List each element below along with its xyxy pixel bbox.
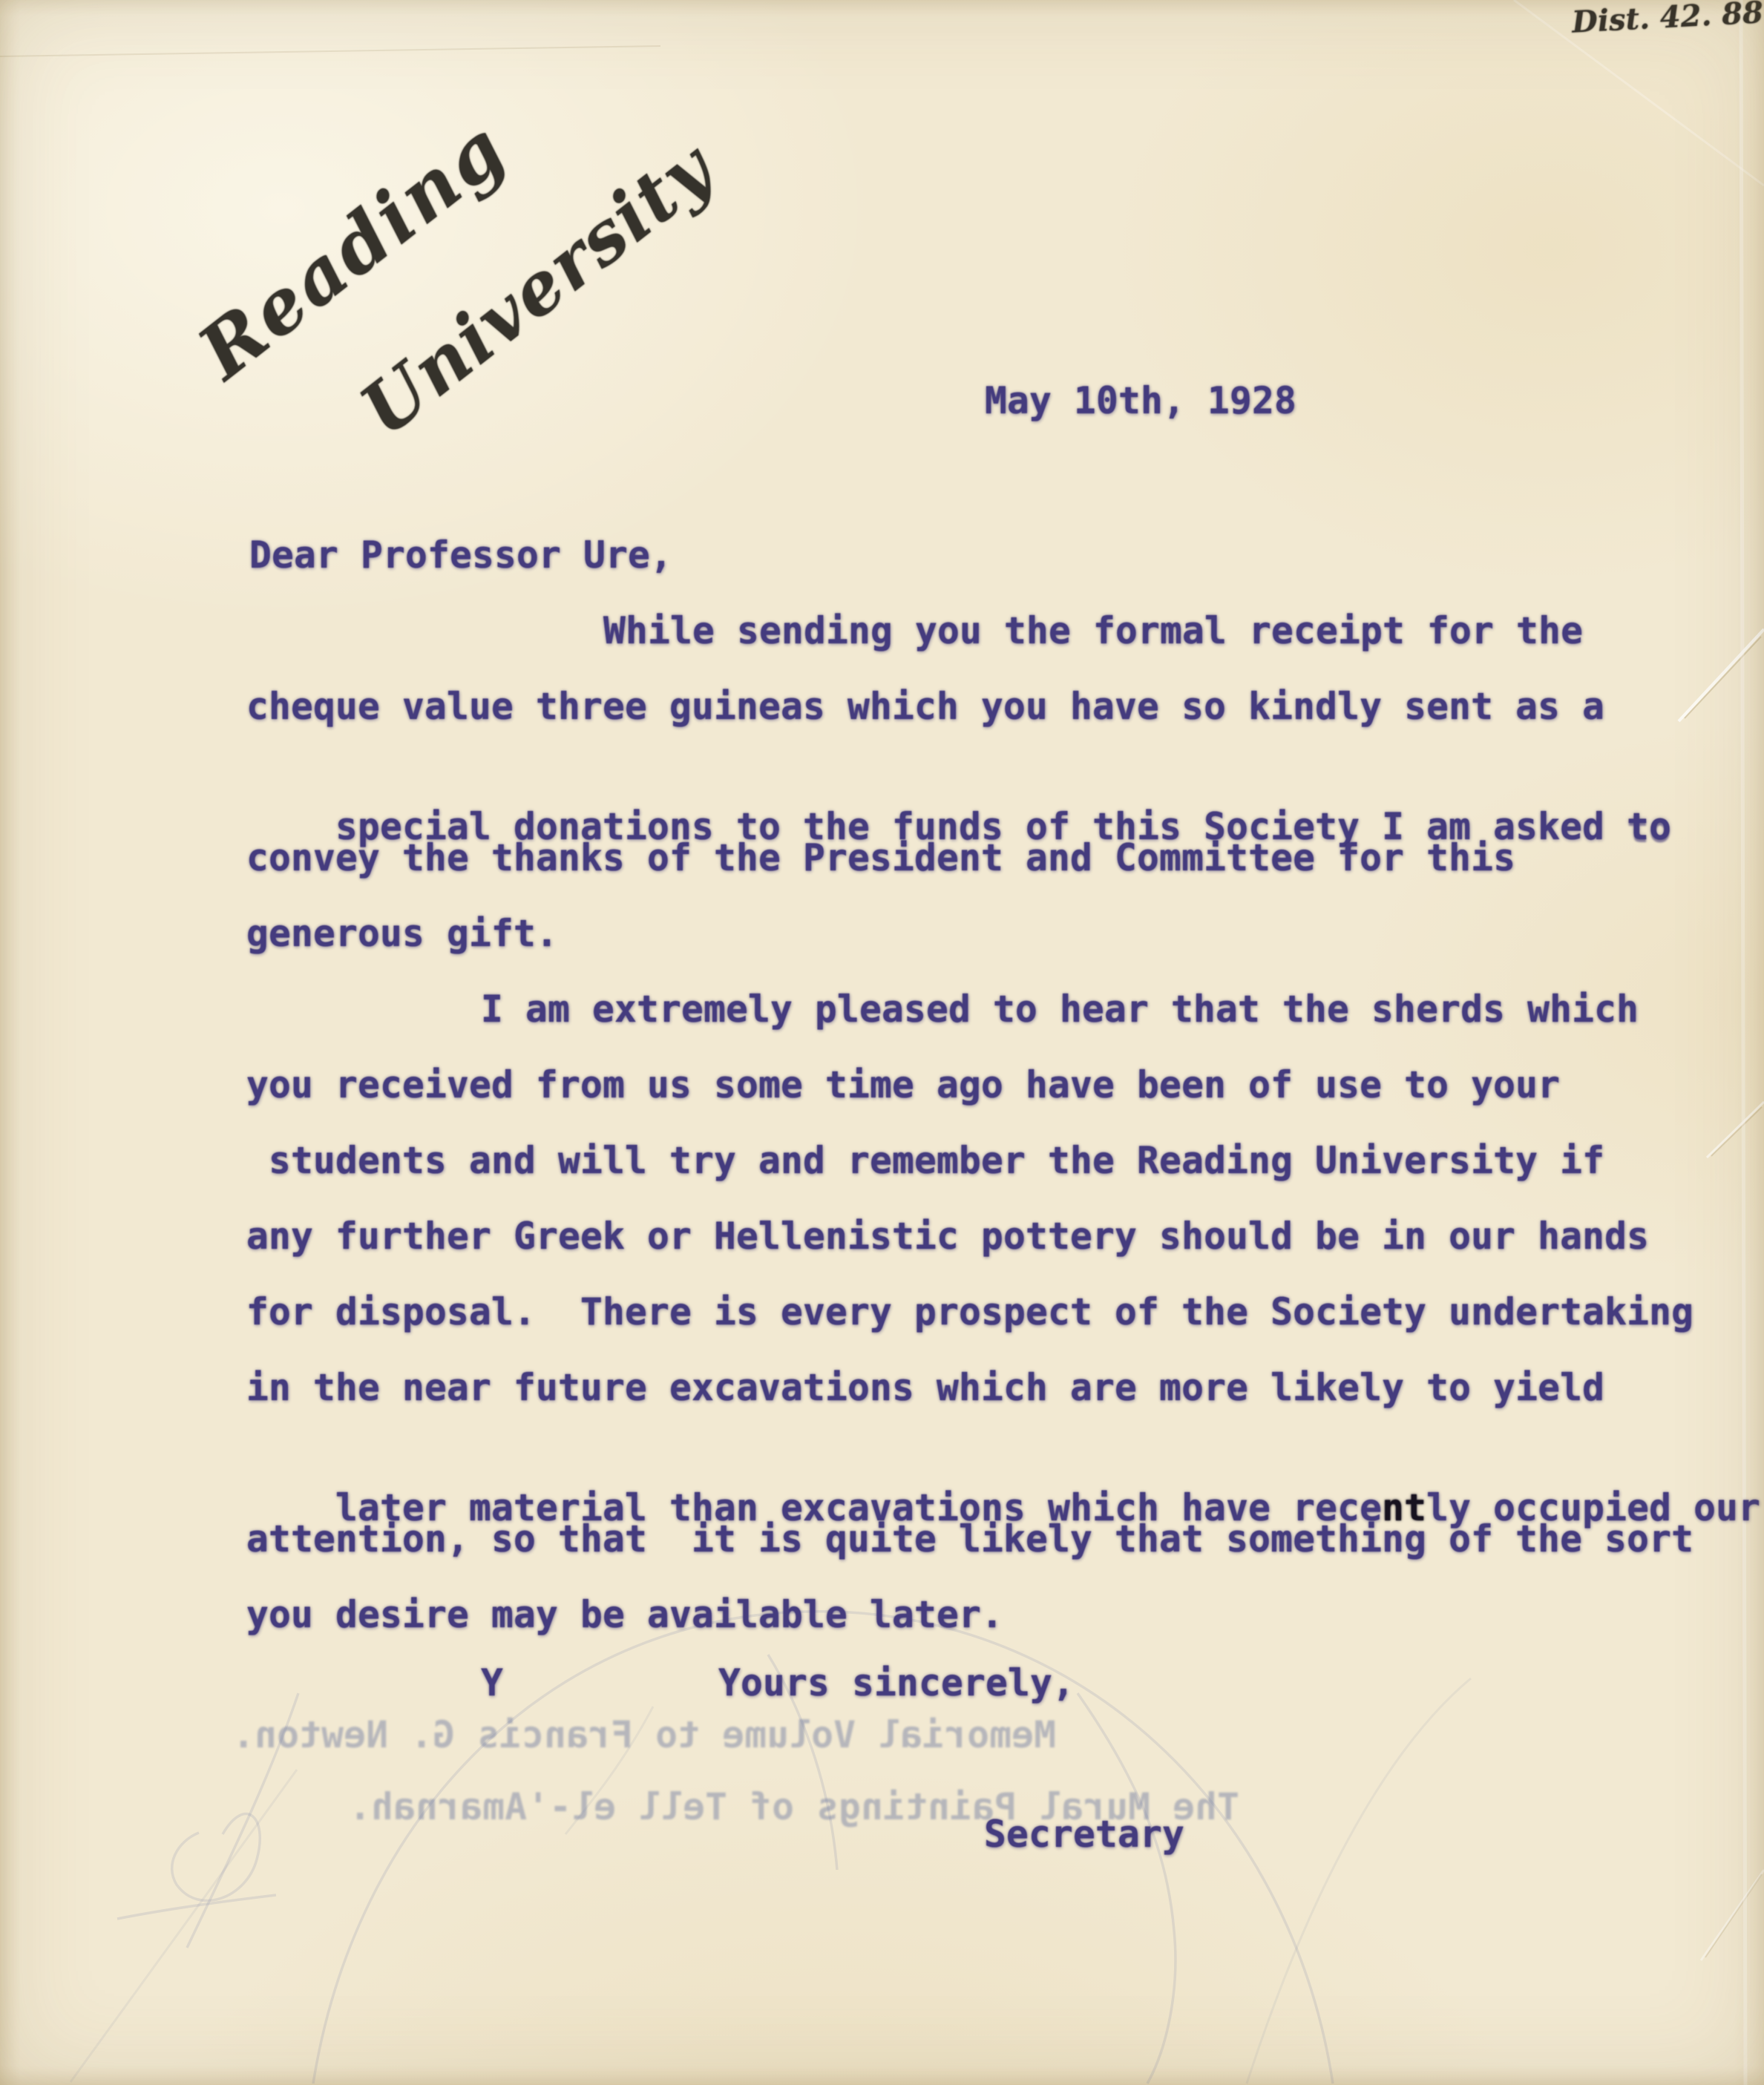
bleedthrough-line-1: Memorial Volume to Francis G. Newton. <box>237 1713 1056 1757</box>
letter-line: for disposal. There is every prospect of… <box>246 1290 1693 1334</box>
reference-number-annotation: Dist. 42. 88 <box>1571 0 1764 40</box>
letter-line: cheque value three guineas which you hav… <box>246 684 1604 729</box>
overstruck-word: to <box>1627 805 1671 848</box>
letter-line: convey the thanks of the President and C… <box>246 835 1515 880</box>
letter-line: generous gift. <box>246 911 558 956</box>
letter-line: you received from us some time ago have … <box>246 1063 1560 1107</box>
letter-line: While sending you the formal receipt for… <box>603 608 1583 653</box>
letter-line: you desire may be available later. <box>246 1592 1003 1637</box>
letter-line: students and will try and remember the R… <box>246 1138 1604 1183</box>
letter-line: I am extremely pleased to hear that the … <box>481 987 1639 1031</box>
paper: Dist. 42. 88 Reading University May 10th… <box>0 0 1764 2085</box>
letter-line: attention, so that it is quite likely th… <box>246 1517 1693 1561</box>
letter-closing: Yours sincerely, <box>718 1661 1075 1705</box>
bleedthrough-line-2: The Mural Paintings of Tell el-'Amarnah. <box>355 1784 1239 1829</box>
letter-line: any further Greek or Hellenistic pottery… <box>246 1214 1649 1258</box>
letter-line: in the near future excavations which are… <box>246 1365 1604 1410</box>
typo-stray-character: Y <box>481 1661 503 1705</box>
letter-salutation: Dear Professor Ure, <box>249 533 672 577</box>
letter-date: May 10th, 1928 <box>985 378 1296 423</box>
